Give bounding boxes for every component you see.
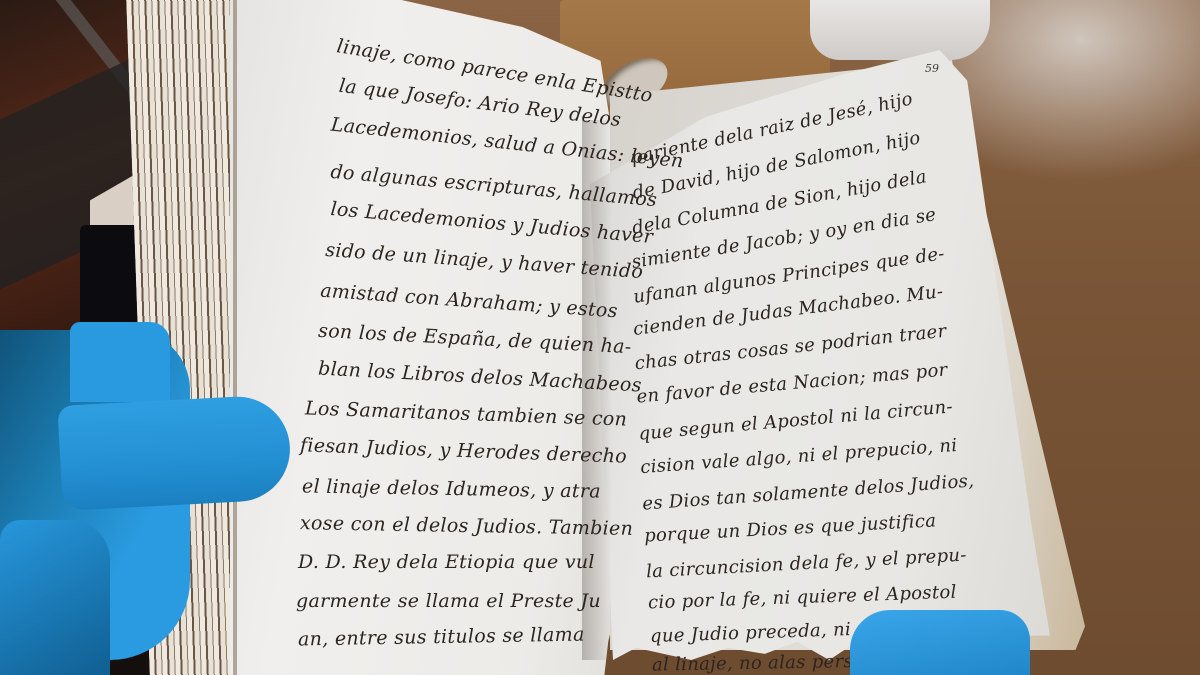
folio-number: 59 <box>925 62 939 75</box>
blue-glove-thumb <box>57 394 292 511</box>
left-page-ruled-margin <box>233 0 237 675</box>
left-line-14: D. D. Rey dela Etiopia que vul <box>298 551 595 573</box>
blue-glove-wrist <box>0 520 110 675</box>
grey-cloth <box>810 0 990 60</box>
manuscript-photo: linaje, como parece enla Epistto la que … <box>0 0 1200 675</box>
left-line-15: garmente se llama el Preste Ju <box>296 590 601 612</box>
blue-glove-hand-right <box>850 610 1030 675</box>
blue-glove-finger <box>70 322 170 402</box>
